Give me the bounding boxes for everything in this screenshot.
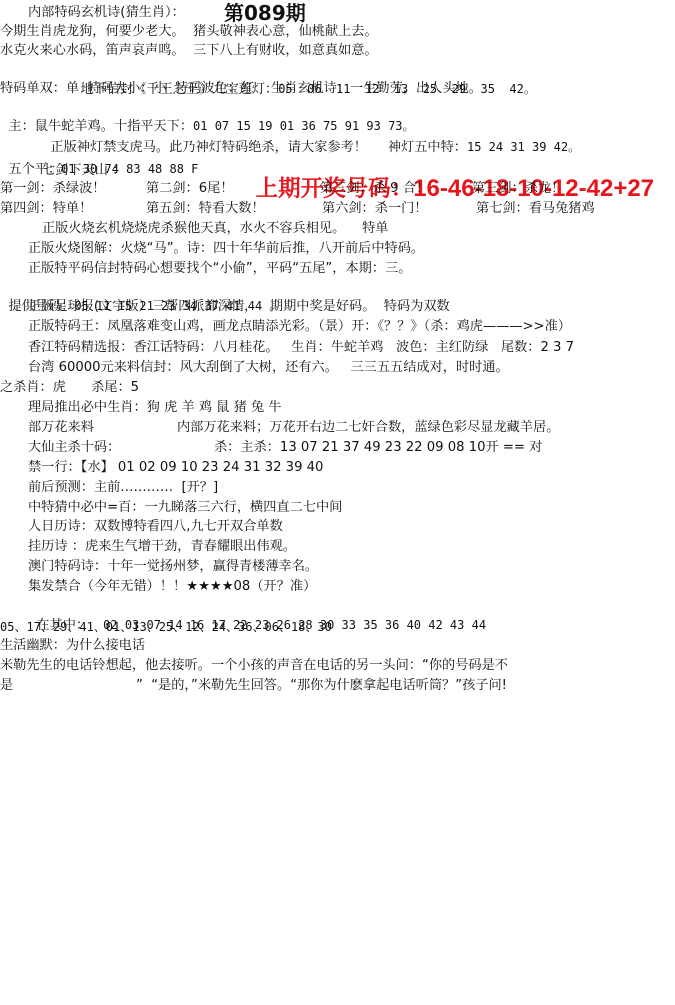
sword-1: 第一剑：杀绿波！	[0, 180, 106, 198]
humor-line-2-rest: ” “是的，”米勒先生回答。“那你为什麽拿起电话听筒？”孩子问!	[136, 677, 507, 695]
kill-row: 之杀肖：虎 杀尾：5	[0, 379, 139, 397]
zhongte: 中特猜中必中=百：一九睇落三六行，横四直二七中间	[28, 499, 342, 517]
attributes-row: 特码单双：单 特码大小：小 特码波色：红 生肖玄机诗：一生勤劳，出人头地。	[0, 80, 482, 98]
sword-7: 第七剑：看马兔猪鸡	[476, 200, 595, 218]
qianhou-prediction: 前后预测：主前………… [开？]	[28, 479, 218, 497]
fire-line-1: 正版火烧玄机烧烧虎杀猴他天真，水火不容兵相见。 特单	[42, 220, 388, 238]
sword-6: 第六剑：杀一门！	[322, 200, 428, 218]
jinyihang: 禁一行：【水】 01 02 09 10 23 24 31 32 39 40	[28, 459, 323, 477]
daxian-left: 大仙主杀十码：	[28, 439, 120, 457]
last-draw-banner: 上期开奖号码：16-46-18-10-12-42+27	[240, 144, 654, 204]
humor-line-2-start: 是	[0, 677, 13, 695]
jifa-row: 集发禁合（今年无错）！！★★★★08（开？准）	[28, 578, 316, 596]
wanhua-right: 内部万花来料；万花开右边二七奸合数，蓝绿色彩尽显龙藏羊居。	[177, 419, 559, 437]
sword-4: 第四剑：特单！	[0, 200, 92, 218]
number-sequence: 05、17、29、41、01、13、25、12、24、36、06、18、30	[0, 618, 332, 636]
wanhua-left: 部万花来料	[28, 419, 94, 437]
daxian-right: 杀：主杀：13 07 21 37 49 23 22 09 08 10开 == 对	[214, 439, 542, 457]
lijv-pick: 理局推出必中生肖：狗 虎 羊 鸡 鼠 猪 兔 牛	[28, 399, 282, 417]
sword-5: 第五剑：特看大数！	[146, 200, 265, 218]
poem-line-2: 水克火来心水码，笛声哀声鸣。 三下八上有财收，如意真如意。	[0, 42, 378, 60]
tema-king: 正版特码王：凤凰落难变山鸡，画龙点睛添光彩。（景）开：《？？》（杀：鸡虎———>…	[28, 318, 571, 336]
sword-3b: 第三剑：杀龙！	[472, 180, 564, 198]
humor-title: 生活幽默：为什么接电话	[0, 637, 145, 655]
fire-line-2: 正版火烧图解：火烧“马”。诗：四十年华前后推，八开前后中特码。	[28, 240, 424, 258]
renri-poem: 人日历诗：双数博特看四八,九七开双合单数	[28, 518, 283, 536]
header-title: 内部特码玄机诗(猜生肖）：	[28, 4, 185, 22]
football-paper: 正版足球报(文字版）三帮四派都深情， 期期中奖是好码。 特码为双数	[28, 298, 450, 316]
aomen-poem: 澳门特码诗：十年一觉扬州梦，赢得青楼薄幸名。	[28, 558, 318, 576]
fire-line-3: 正版特平码信封特码心想要找个“小偷”，平码“五尾”，本期：三。	[28, 260, 411, 278]
seven-swords-title: 七剑下天山 ：	[42, 162, 125, 180]
humor-line-1: 米勒先生的电话铃想起，他去接听。一个小孩的声音在电话的另一头问：“你的号码是不	[0, 657, 508, 675]
poem-line-1: 今期生肖虎龙狗，何要少老大。 猪头敬神表心意，仙桃献上去。	[0, 23, 378, 41]
xiangjiang-paper: 香江特码精选报：香江话特码：八月桂花。 生肖：牛蛇羊鸡 波色：主红防绿 尾数：2…	[28, 339, 574, 357]
taiwan-envelope: 台湾 60000元来料信封：风大刮倒了大树，还有六。 三三五五结成对，时时通。	[28, 359, 509, 377]
sword-3: 第三剑：杀 9 合！	[320, 180, 429, 198]
guali-poem: 挂历诗 ：虎来生气增干劲，青春耀眼出伟观。	[28, 538, 296, 556]
sword-2: 第二剑：6尾！	[146, 180, 234, 198]
issue-number: 第089期	[224, 1, 306, 25]
